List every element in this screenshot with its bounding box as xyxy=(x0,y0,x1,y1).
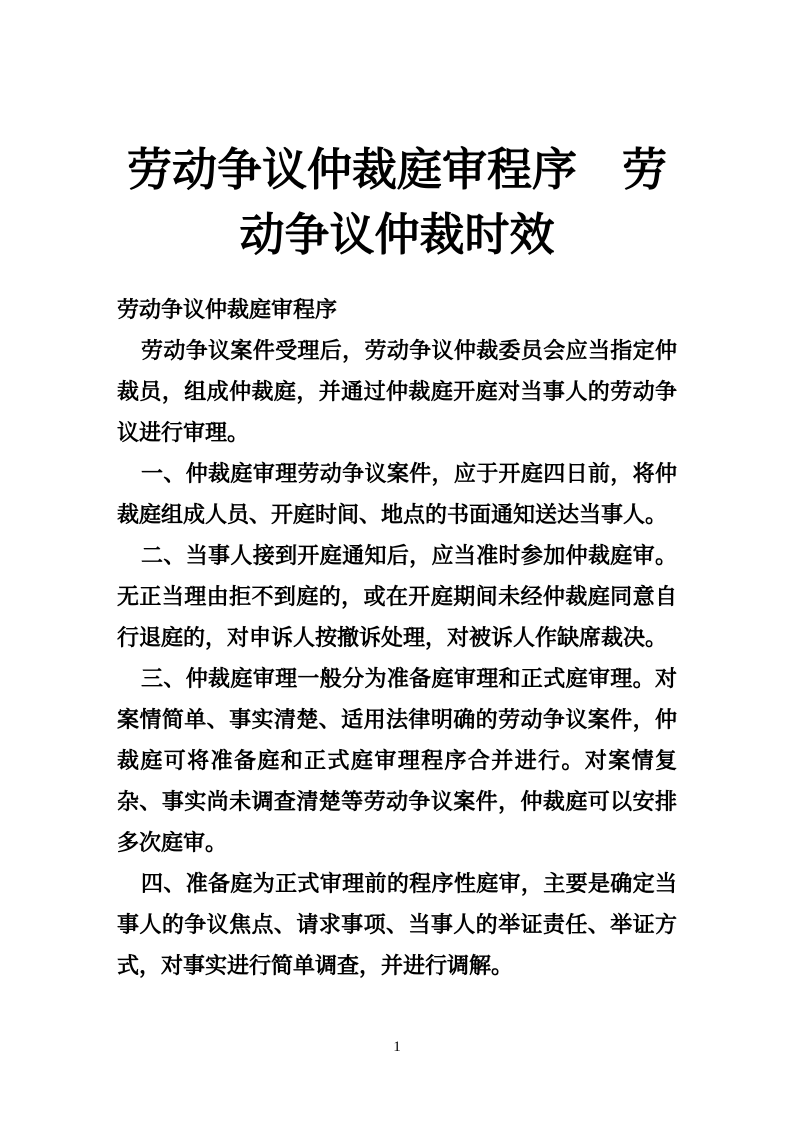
paragraph-intro: 劳动争议案件受理后，劳动争议仲裁委员会应当指定仲裁员，组成仲裁庭，并通过仲裁庭开… xyxy=(117,330,677,453)
paragraph-item-2: 二、当事人接到开庭通知后，应当准时参加仲裁庭审。无正当理由拒不到庭的，或在开庭期… xyxy=(117,535,677,658)
paragraph-item-1: 一、仲裁庭审理劳动争议案件，应于开庭四日前，将仲裁庭组成人员、开庭时间、地点的书… xyxy=(117,453,677,535)
page-number: 1 xyxy=(0,1038,794,1056)
document-page: 劳动争议仲裁庭审程序 劳动争议仲裁时效 劳动争议仲裁庭审程序 劳动争议案件受理后… xyxy=(0,0,794,1123)
document-title: 劳动争议仲裁庭审程序 劳动争议仲裁时效 xyxy=(117,0,677,268)
document-body: 劳动争议仲裁庭审程序 劳动争议案件受理后，劳动争议仲裁委员会应当指定仲裁员，组成… xyxy=(117,289,677,986)
paragraph-item-3: 三、仲裁庭审理一般分为准备庭审理和正式庭审理。对案情简单、事实清楚、适用法律明确… xyxy=(117,658,677,863)
document-subtitle: 劳动争议仲裁庭审程序 xyxy=(117,289,677,330)
paragraph-item-4: 四、准备庭为正式审理前的程序性庭审，主要是确定当事人的争议焦点、请求事项、当事人… xyxy=(117,863,677,986)
